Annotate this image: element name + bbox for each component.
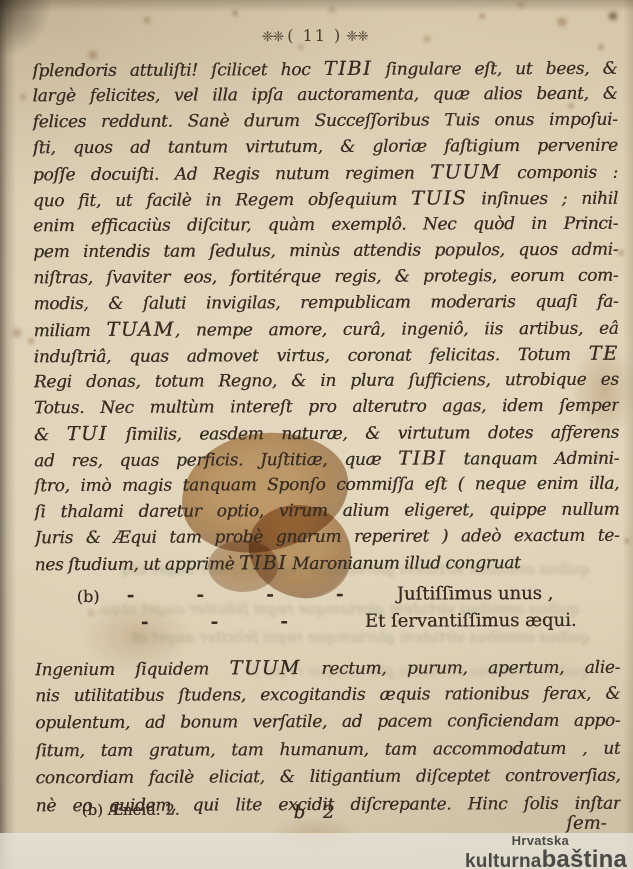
text-line: ad res, quas perficis. Juſtitiæ, quæ TIB… [34, 445, 619, 474]
text-line: quo fit, ut facilè in Regem obſequium TU… [33, 185, 618, 214]
text-line: ſtro, imò magis tanquam Sponſo commiſſa … [34, 471, 619, 500]
watermark: Hrvatska kulturnabaština [465, 834, 627, 869]
fleuron-ornament-left: ❈❈ [262, 29, 284, 45]
right-edge-shadow [623, 0, 633, 869]
verse-quotation: (b) - - - - Juſtiſſimus unus , - - - Et … [35, 581, 620, 648]
text-line: Totus. Nec multùm intereſt pro alterutro… [34, 393, 619, 422]
text-line: & TUI ſimilis, easdem naturæ, & virtutum… [34, 419, 619, 448]
watermark-word-kulturna: kulturna [465, 851, 542, 869]
paragraph-2: Ingenium ſiquidem TUUM rectum, purum, ap… [35, 653, 621, 821]
text-line: niſtras, ſvaviter eos, fortitérque regis… [33, 263, 618, 292]
ellipsis-dashes: - - - - [127, 584, 346, 606]
text-line: concordiam facilè eliciat, & litigantium… [35, 763, 620, 793]
verse-line: Juſtiſſimus unus , [397, 583, 554, 605]
text-line: modis, & ſaluti invigilas, rempublicam m… [33, 289, 618, 318]
gathering-signature: b 2 [294, 802, 341, 823]
text-line: poſſe docuiſti. Ad Regis nutum regimen T… [33, 159, 618, 188]
text-line: pem intendis tam ſedulus, minùs attendis… [33, 237, 618, 266]
footnote-citation: (b) Æneid. 2. [82, 801, 180, 819]
paragraph-1: ſplendoris attuliſti! ſcilicet hoc TIBI … [32, 55, 619, 578]
watermark-word-bastina: baština [542, 846, 627, 869]
running-head: ❈❈( 11 )❈❈ [0, 25, 631, 47]
text-line: enim efficaciùs diſcitur, quàm exemplô. … [33, 211, 618, 240]
text-line: felices reddunt. Sanè durum Succeſſoribu… [33, 107, 618, 136]
text-line: ſplendoris attuliſti! ſcilicet hoc TIBI … [32, 55, 617, 84]
text-line: ſitum, tam gratum, tam humanum, tam acco… [35, 735, 620, 765]
text-line: Ingenium ſiquidem TUUM rectum, purum, ap… [35, 653, 620, 683]
text-line: nes ſtudium, ut apprimè TIBI Maronianum … [35, 549, 620, 578]
text-line: induſtriâ, quas admovet virtus, coronat … [34, 341, 619, 370]
left-edge-shadow [0, 0, 16, 869]
text-line: Regi donas, totum Regno, & in plura ſuff… [34, 367, 619, 396]
top-left-corner-shadow [0, 0, 54, 58]
verse-line: Et ſervantiſſimus æqui. [365, 610, 577, 632]
top-edge-shadow [0, 0, 633, 12]
text-line: ſti, quos ad tantum virtutum, & gloriæ f… [33, 133, 618, 162]
ellipsis-dashes: - - - [141, 611, 290, 633]
footnote-marker: (b) [77, 587, 100, 606]
text-line: nis utilitatibus ſtudens, excogitandis æ… [35, 680, 620, 710]
watermark-line2: kulturnabaština [465, 848, 627, 869]
catchword: ſem- [566, 813, 607, 834]
printed-content: ❈❈( 11 )❈❈ ſplendoris attuliſti! ſcilice… [0, 0, 633, 869]
fleuron-ornament-right: ❈❈ [346, 29, 368, 45]
scanned-book-page: quibus omnibus virtutem gloriamque regni… [0, 0, 633, 869]
text-line: Juris & Æqui tam probè gnarum reperiret … [34, 523, 619, 552]
text-line: opulentum, ad bonum verſatile, ad pacem … [35, 708, 620, 738]
text-line: miliam TUAM, nempe amore, curâ, ingeniô,… [33, 315, 618, 344]
text-line: largè felicites, vel illa ipſa auctorame… [32, 81, 617, 110]
text-line: ſi thalami daretur optio, virum alium el… [34, 497, 619, 526]
page-number: ( 11 ) [287, 26, 342, 45]
